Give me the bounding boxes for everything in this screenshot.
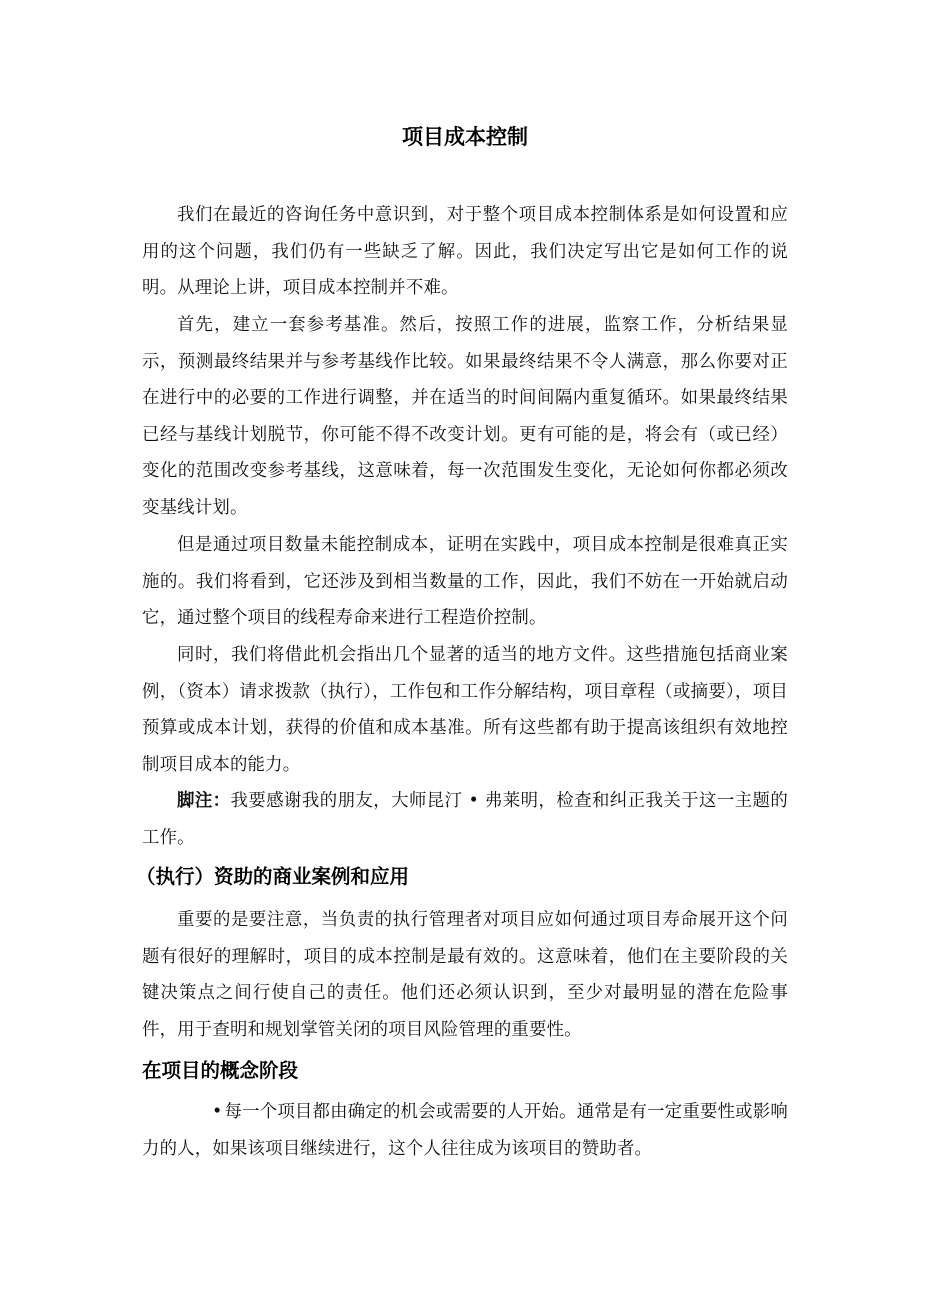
bullet-icon: •	[177, 1094, 222, 1131]
footnote-text: 我要感谢我的朋友，大师昆汀 • 弗莱明，检查和纠正我关于这一主题的工作。	[142, 791, 788, 848]
section-heading-business-case: （执行）资助的商业案例和应用	[136, 862, 409, 892]
bullet-text: 每一个项目都由确定的机会或需要的人开始。通常是有一定重要性或影响力的人，如果该项…	[142, 1102, 788, 1159]
section-paragraph-business-case: 重要的是要注意，当负责的执行管理者对项目应如何通过项目寿命展开这个问题有很好的理…	[142, 902, 788, 1048]
paragraph-documents: 同时，我们将借此机会指出几个显著的适当的地方文件。这些措施包括商业案例，（资本）…	[142, 637, 788, 783]
document-title: 项目成本控制	[142, 122, 788, 152]
paragraph-intro: 我们在最近的咨询任务中意识到，对于整个项目成本控制体系是如何设置和应用的这个问题…	[142, 197, 788, 307]
footnote: 脚注：我要感谢我的朋友，大师昆汀 • 弗莱明，检查和纠正我关于这一主题的工作。	[142, 783, 788, 856]
section-paragraph-concept-phase: •每一个项目都由确定的机会或需要的人开始。通常是有一定重要性或影响力的人，如果该…	[142, 1094, 788, 1167]
paragraph-practice: 但是通过项目数量未能控制成本，证明在实践中，项目成本控制是很难真正实施的。我们将…	[142, 527, 788, 637]
paragraph-process: 首先，建立一套参考基准。然后，按照工作的进展，监察工作，分析结果显示，预测最终结…	[142, 307, 788, 527]
section-heading-concept-phase: 在项目的概念阶段	[142, 1056, 298, 1086]
footnote-label: 脚注：	[177, 791, 231, 811]
